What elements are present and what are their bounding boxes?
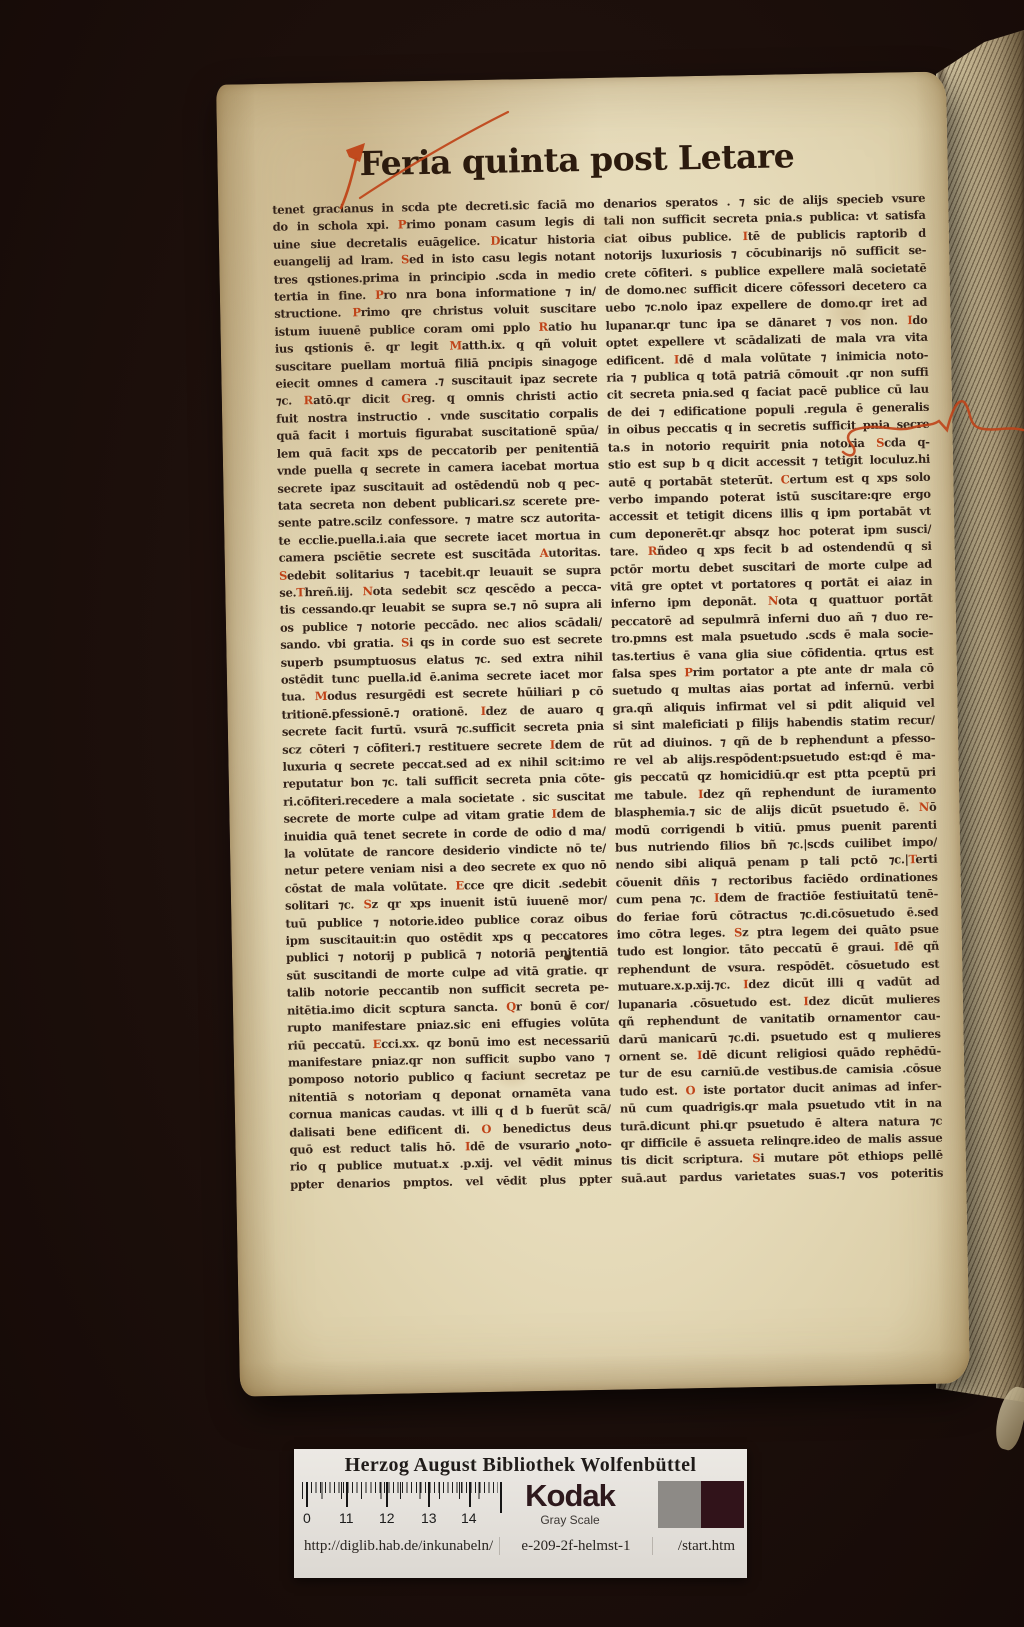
ink-speck (576, 1148, 580, 1152)
start-page-path: /start.htm (653, 1537, 739, 1555)
dark-patch (701, 1481, 744, 1528)
ruler-number: 14 (461, 1510, 477, 1526)
ruler-major-tick (469, 1482, 471, 1507)
ruler-number: 12 (379, 1510, 395, 1526)
digitization-url: http://diglib.hab.de/inkunabeln/ (304, 1537, 499, 1555)
ruler-number: 13 (421, 1510, 437, 1526)
shelfmark: e-209-2f-helmst-1 (499, 1537, 653, 1555)
ruler-scale: 0 11 12 13 14 (302, 1482, 504, 1532)
ruler-major-tick (306, 1482, 308, 1507)
ruler-number: 0 (303, 1510, 311, 1526)
right-column: denarios speratos . ⁊ sic de alijs speci… (603, 191, 943, 1189)
ruler-number: 11 (339, 1510, 354, 1526)
chapter-title: Feria quinta post Letare (359, 131, 948, 186)
left-column: tenet gracianus in scda pte decreti.sic … (272, 197, 612, 1195)
gray-patch (658, 1481, 701, 1528)
manuscript-page: Feria quinta post Letare tenet gracianus… (216, 71, 970, 1396)
ruler-major-tick (386, 1482, 388, 1507)
photograph-backdrop: Feria quinta post Letare tenet gracianus… (0, 0, 1024, 1627)
gray-scale-patches (658, 1481, 744, 1528)
ruler-major-tick (346, 1482, 348, 1507)
library-name: Herzog August Bibliothek Wolfenbüttel (294, 1453, 747, 1477)
gray-scale-row: 0 11 12 13 14 Kodak Gray Scale (294, 1480, 747, 1534)
library-color-card: Herzog August Bibliothek Wolfenbüttel 0 … (294, 1449, 747, 1578)
kodak-block: Kodak Gray Scale (506, 1480, 634, 1527)
card-caption-row: http://diglib.hab.de/inkunabeln/ e-209-2… (304, 1537, 739, 1555)
gray-scale-label: Gray Scale (506, 1513, 634, 1527)
text-columns: tenet gracianus in scda pte decreti.sic … (272, 191, 943, 1195)
kodak-logo: Kodak (506, 1480, 634, 1512)
ruler-major-tick (428, 1482, 430, 1507)
chapter-heading-row: Feria quinta post Letare (359, 131, 948, 192)
ruler-end-bar (500, 1482, 502, 1513)
